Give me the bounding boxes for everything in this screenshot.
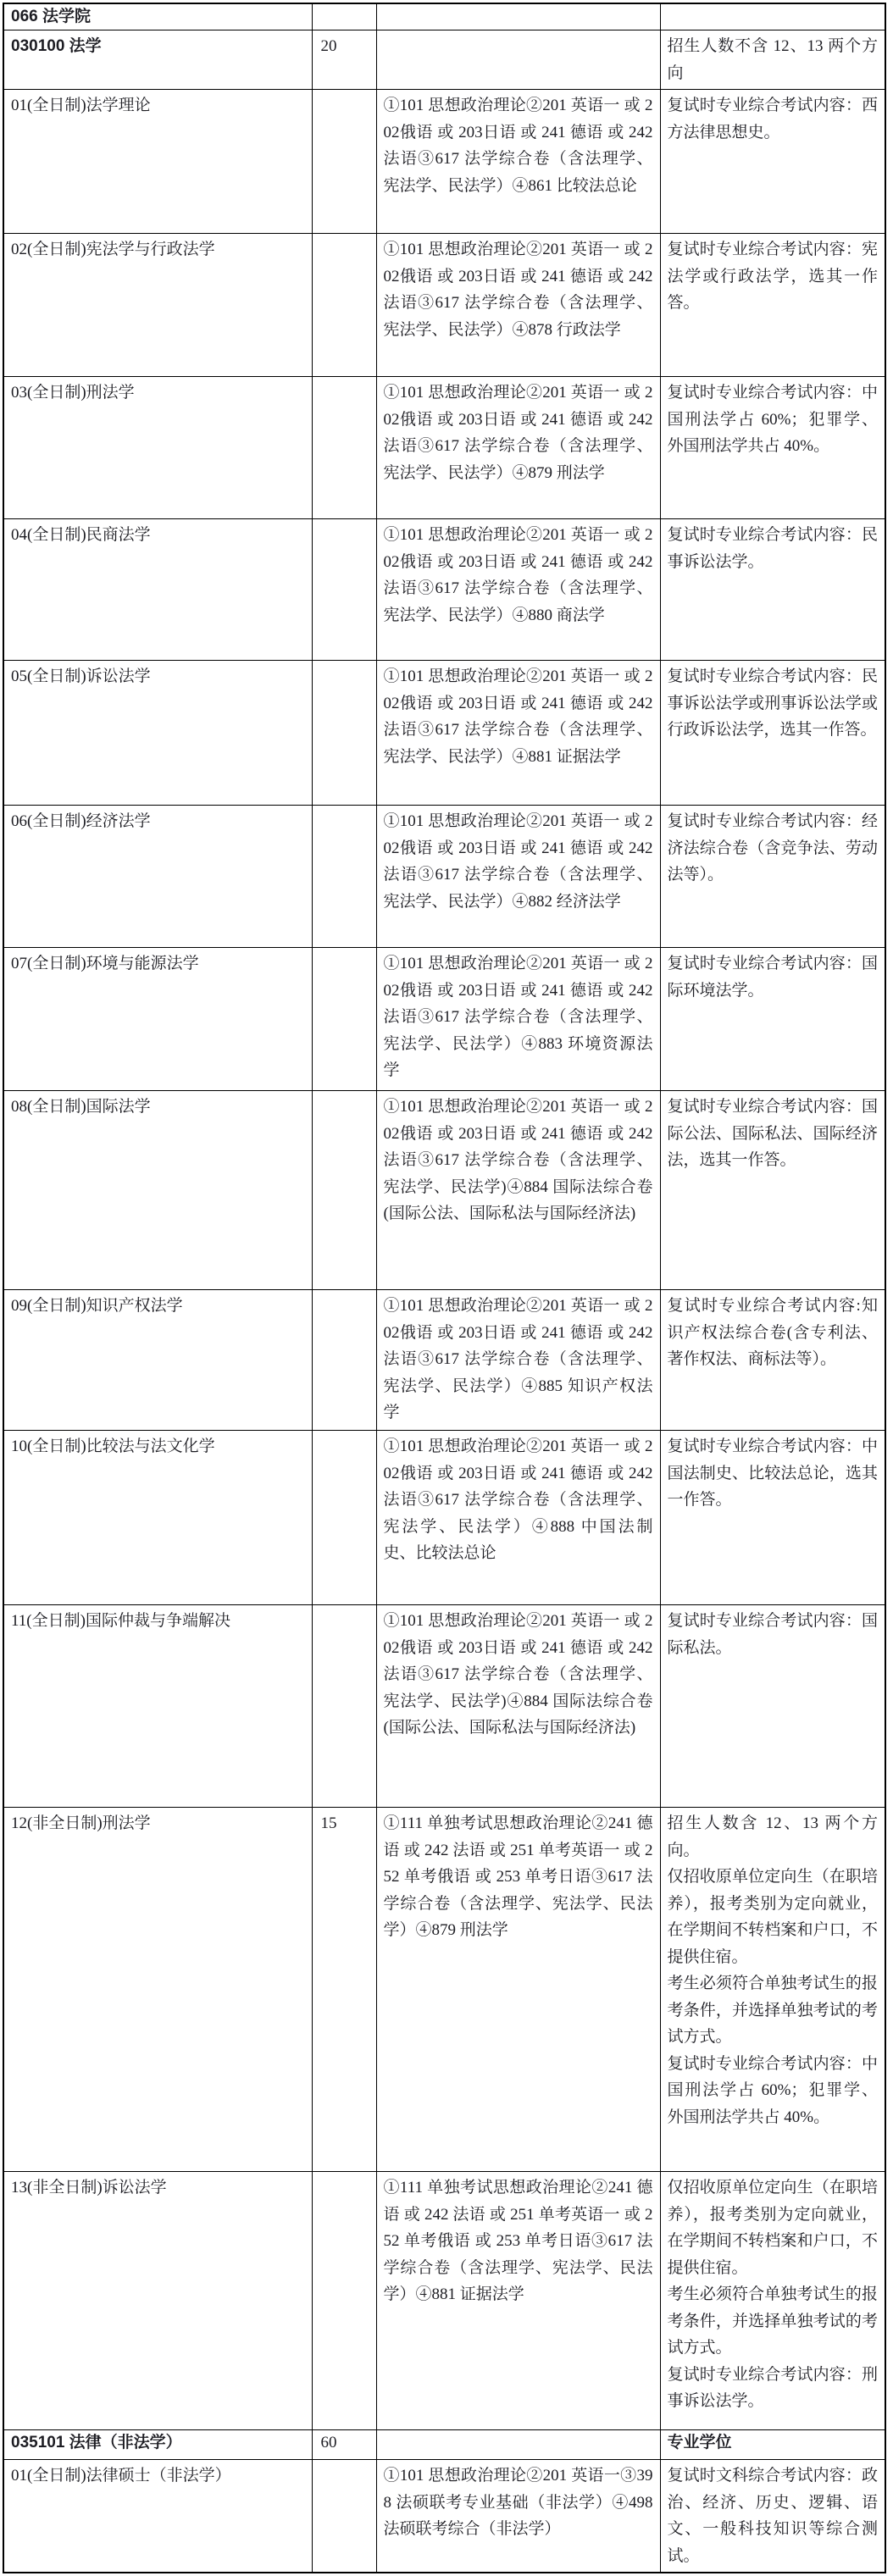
subjects-cell: ①101 思想政治理论②201 英语一 或 202俄语 或 203日语 或 24…: [376, 948, 660, 1091]
table-row: 13(非全日制)诉讼法学 ①111 单独考试思想政治理论②241 德语 或 24…: [3, 2172, 885, 2430]
subjects-cell: ①101 思想政治理论②201 英语一 或 202俄语 或 203日语 或 24…: [376, 1290, 660, 1431]
count-cell: [312, 1431, 376, 1605]
subjects-cell: [376, 3, 660, 30]
program-cell: 12(非全日制)刑法学: [3, 1808, 312, 2172]
subjects-cell: ①101 思想政治理论②201 英语一③398 法硕联考专业基础（非法学）④49…: [376, 2460, 660, 2573]
count-cell: 60: [312, 2430, 376, 2460]
program-cell: 08(全日制)国际法学: [3, 1091, 312, 1290]
table-row: 01(全日制)法学理论 ①101 思想政治理论②201 英语一 或 202俄语 …: [3, 90, 885, 234]
program-cell: 13(非全日制)诉讼法学: [3, 2172, 312, 2430]
remark-cell: 复试时专业综合考试内容：中国法制史、比较法总论，选其一作答。: [660, 1431, 885, 1605]
remark-cell: 复试时专业综合考试内容：西方法律思想史。: [660, 90, 885, 234]
program-cell: 066 法学院: [3, 3, 312, 30]
program-cell: 06(全日制)经济法学: [3, 806, 312, 948]
subjects-cell: ①101 思想政治理论②201 英语一 或 202俄语 或 203日语 或 24…: [376, 1605, 660, 1808]
admissions-catalog-page: { "table": { "rows": [ { "program": "066…: [0, 0, 893, 2576]
program-cell: 035101 法律（非法学）: [3, 2430, 312, 2460]
table-row: 06(全日制)经济法学 ①101 思想政治理论②201 英语一 或 202俄语 …: [3, 806, 885, 948]
program-cell: 01(全日制)法学理论: [3, 90, 312, 234]
program-cell: 03(全日制)刑法学: [3, 377, 312, 519]
program-cell: 04(全日制)民商法学: [3, 519, 312, 661]
remark-cell: 仅招收原单位定向生（在职培养），报考类别为定向就业，在学期间不转档案和户口，不提…: [660, 2172, 885, 2430]
count-cell: 15: [312, 1808, 376, 2172]
remark-cell: 复试时专业综合考试内容：民事诉讼法学。: [660, 519, 885, 661]
table-row: 01(全日制)法律硕士（非法学） ①101 思想政治理论②201 英语一③398…: [3, 2460, 885, 2573]
program-cell: 10(全日制)比较法与法文化学: [3, 1431, 312, 1605]
remark-cell: 复试时专业综合考试内容：经济法综合卷（含竞争法、劳动法等）。: [660, 806, 885, 948]
subjects-cell: ①101 思想政治理论②201 英语一 或 202俄语 或 203日语 或 24…: [376, 377, 660, 519]
subjects-cell: ①111 单独考试思想政治理论②241 德语 或 242 法语 或 251 单考…: [376, 2172, 660, 2430]
table-row-major: 035101 法律（非法学） 60 专业学位: [3, 2430, 885, 2460]
subjects-cell: [376, 30, 660, 90]
subjects-cell: ①111 单独考试思想政治理论②241 德语 或 242 法语 或 251 单考…: [376, 1808, 660, 2172]
remark-cell: 复试时文科综合考试内容：政治、经济、历史、逻辑、语文、一般科技知识等综合测试。: [660, 2460, 885, 2573]
remark-cell: 专业学位: [660, 2430, 885, 2460]
subjects-cell: [376, 2430, 660, 2460]
program-cell: 030100 法学: [3, 30, 312, 90]
count-cell: [312, 661, 376, 806]
remark-cell: 复试时专业综合考试内容：宪法学或行政法学，选其一作答。: [660, 234, 885, 377]
table-row: 09(全日制)知识产权法学 ①101 思想政治理论②201 英语一 或 202俄…: [3, 1290, 885, 1431]
remark-cell: 复试时专业综合考试内容：民事诉讼法学或刑事诉讼法学或行政诉讼法学，选其一作答。: [660, 661, 885, 806]
table-row: 07(全日制)环境与能源法学 ①101 思想政治理论②201 英语一 或 202…: [3, 948, 885, 1091]
count-cell: [312, 948, 376, 1091]
count-cell: [312, 90, 376, 234]
count-cell: [312, 1605, 376, 1808]
program-cell: 01(全日制)法律硕士（非法学）: [3, 2460, 312, 2573]
table-row: 03(全日制)刑法学 ①101 思想政治理论②201 英语一 或 202俄语 或…: [3, 377, 885, 519]
subjects-cell: ①101 思想政治理论②201 英语一 或 202俄语 或 203日语 或 24…: [376, 1091, 660, 1290]
table-row-college: 066 法学院: [3, 3, 885, 30]
remark-cell: [660, 3, 885, 30]
count-cell: [312, 3, 376, 30]
program-cell: 02(全日制)宪法学与行政法学: [3, 234, 312, 377]
remark-cell: 复试时专业综合考试内容：国际私法。: [660, 1605, 885, 1808]
subjects-cell: ①101 思想政治理论②201 英语一 或 202俄语 或 203日语 或 24…: [376, 90, 660, 234]
admissions-table: 066 法学院 030100 法学 20 招生人数不含 12、13 两个方向 0…: [3, 3, 886, 2573]
count-cell: [312, 377, 376, 519]
table-row: 05(全日制)诉讼法学 ①101 思想政治理论②201 英语一 或 202俄语 …: [3, 661, 885, 806]
remark-cell: 招生人数含 12、13 两个方向。 仅招收原单位定向生（在职培养），报考类别为定…: [660, 1808, 885, 2172]
subjects-cell: ①101 思想政治理论②201 英语一 或 202俄语 或 203日语 或 24…: [376, 806, 660, 948]
remark-cell: 复试时专业综合考试内容：中国刑法学占 60%；犯罪学、外国刑法学共占 40%。: [660, 377, 885, 519]
count-cell: [312, 806, 376, 948]
count-cell: [312, 2172, 376, 2430]
remark-cell: 复试时专业综合考试内容：国际环境法学。: [660, 948, 885, 1091]
table-row: 12(非全日制)刑法学 15 ①111 单独考试思想政治理论②241 德语 或 …: [3, 1808, 885, 2172]
remark-cell: 复试时专业综合考试内容:知识产权法综合卷(含专利法、著作权法、商标法等）。: [660, 1290, 885, 1431]
table-row: 11(全日制)国际仲裁与争端解决 ①101 思想政治理论②201 英语一 或 2…: [3, 1605, 885, 1808]
table-row: 10(全日制)比较法与法文化学 ①101 思想政治理论②201 英语一 或 20…: [3, 1431, 885, 1605]
subjects-cell: ①101 思想政治理论②201 英语一 或 202俄语 或 203日语 或 24…: [376, 661, 660, 806]
count-cell: [312, 2460, 376, 2573]
count-cell: [312, 1290, 376, 1431]
table-row: 04(全日制)民商法学 ①101 思想政治理论②201 英语一 或 202俄语 …: [3, 519, 885, 661]
count-cell: 20: [312, 30, 376, 90]
subjects-cell: ①101 思想政治理论②201 英语一 或 202俄语 或 203日语 或 24…: [376, 1431, 660, 1605]
count-cell: [312, 519, 376, 661]
table-row: 02(全日制)宪法学与行政法学 ①101 思想政治理论②201 英语一 或 20…: [3, 234, 885, 377]
program-cell: 11(全日制)国际仲裁与争端解决: [3, 1605, 312, 1808]
remark-cell: 招生人数不含 12、13 两个方向: [660, 30, 885, 90]
count-cell: [312, 1091, 376, 1290]
table-row: 08(全日制)国际法学 ①101 思想政治理论②201 英语一 或 202俄语 …: [3, 1091, 885, 1290]
subjects-cell: ①101 思想政治理论②201 英语一 或 202俄语 或 203日语 或 24…: [376, 234, 660, 377]
table-row-major: 030100 法学 20 招生人数不含 12、13 两个方向: [3, 30, 885, 90]
remark-cell: 复试时专业综合考试内容：国际公法、国际私法、国际经济法，选其一作答。: [660, 1091, 885, 1290]
subjects-cell: ①101 思想政治理论②201 英语一 或 202俄语 或 203日语 或 24…: [376, 519, 660, 661]
program-cell: 05(全日制)诉讼法学: [3, 661, 312, 806]
program-cell: 09(全日制)知识产权法学: [3, 1290, 312, 1431]
count-cell: [312, 234, 376, 377]
program-cell: 07(全日制)环境与能源法学: [3, 948, 312, 1091]
